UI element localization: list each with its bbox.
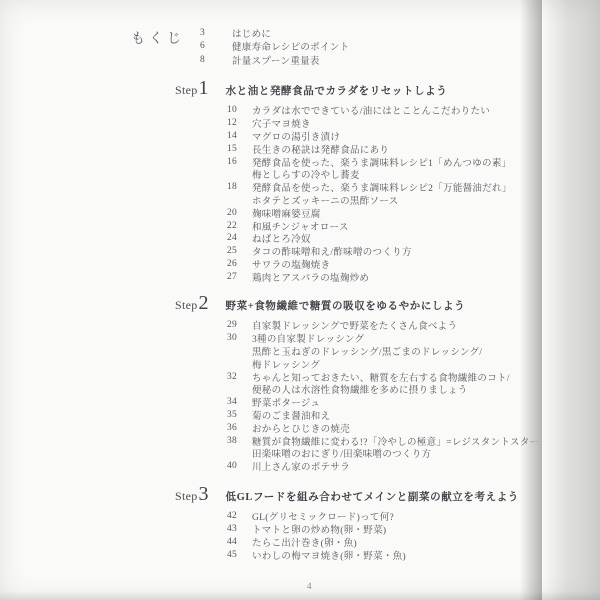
toc-entry: 12穴子マヨ焼き [227, 117, 550, 130]
step-label: Step [175, 489, 198, 504]
toc-entry: 25タコの酢味噌和え/酢味噌のつくり方 [227, 245, 550, 258]
toc-entry-page-number: 15 [227, 144, 252, 154]
toc-entry: 8計量スプーン重量表 [200, 53, 349, 67]
toc-entry-page-number: 26 [227, 259, 252, 269]
toc-entry-page-number: 16 [227, 157, 252, 167]
toc-entry-page-number: 32 [227, 372, 252, 382]
toc-entry: 43トマトと卵の炒め物(卵・野菜) [227, 523, 550, 536]
toc-entry-continuation: ホタテとズッキーニの黒酢ソース [227, 194, 550, 207]
section-header: Step 3 低GLフードを組み合わせてメインと副菜の献立を考えよう [175, 484, 550, 504]
page-number: 4 [307, 581, 312, 591]
toc-entry: 22和風チンジャオロース [227, 219, 550, 232]
section-entries: 29自家製ドレッシングで野菜をたくさん食べよう303種の自家製ドレッシング黒酢と… [227, 319, 550, 473]
toc-entry-continuation: 梅ドレッシング [227, 357, 550, 370]
toc-entry: 18発酵食品を使った、楽うま調味料レシピ2「万能醤油だれ」 [227, 181, 550, 194]
toc-entry-title: いわしの梅マヨ焼き(卵・野菜・魚) [252, 548, 406, 562]
toc-entry-title: 川上さん家のポテサラ [252, 459, 350, 473]
toc-entry-title: 計量スプーン重量表 [232, 53, 320, 67]
section-header: Step 1 水と油と発酵食品でカラダをリセットしよう [175, 78, 550, 98]
toc-entry: 24ねばとろ冷奴 [227, 232, 550, 245]
toc-entry-page-number: 34 [227, 397, 252, 407]
toc-entry-page-number: 29 [227, 320, 252, 330]
step-number: 1 [199, 78, 209, 98]
front-matter: 3はじめに6健康寿命レシピのポイント8計量スプーン重量表 [200, 26, 349, 67]
section-heading: 水と油と発酵食品でカラダをリセットしよう [226, 83, 448, 98]
toc-entry: 14マグロの湯引き漬け [227, 130, 550, 143]
step-label: Step [175, 298, 198, 313]
toc-entry-title: はじめに [232, 26, 271, 40]
toc-entry-page-number: 42 [227, 511, 252, 521]
section-heading: 野菜+食物繊維で糖質の吸収をゆるやかにしよう [226, 298, 466, 313]
toc-entry-page-number: 45 [227, 550, 252, 560]
toc-entry: 36おからとひじきの焼売 [227, 421, 550, 434]
toc-entry-page-number: 6 [200, 41, 232, 51]
toc-entry: 20麹味噌麻婆豆腐 [227, 206, 550, 219]
toc-entry-page-number: 24 [227, 233, 252, 243]
toc-entry: 38糖質が食物繊維に変わる!?「冷やしの極意」=レジスタントスターチ [227, 434, 550, 447]
toc-entry-page-number: 3 [200, 28, 232, 38]
section-entries: 10カラダは水でできている/油にはとことんこだわりたい12穴子マヨ焼き14マグロ… [227, 104, 550, 283]
toc-entry-page-number: 25 [227, 246, 252, 256]
toc-entry-page-number: 18 [227, 182, 252, 192]
toc-entry-page-number: 43 [227, 524, 252, 534]
toc-entry-continuation: 便秘の人は水溶性食物繊維を多めに摂りましょう [227, 383, 550, 396]
toc-entry: 303種の自家製ドレッシング [227, 332, 550, 345]
toc-entry-page-number: 10 [227, 105, 252, 115]
toc-entry: 29自家製ドレッシングで野菜をたくさん食べよう [227, 319, 550, 332]
toc-entry: 44たらこ出汁巻き(卵・魚) [227, 536, 550, 549]
toc-entry: 15長生きの秘訣は発酵食品にあり [227, 142, 550, 155]
toc-entry: 10カラダは水でできている/油にはとことんこだわりたい [227, 104, 550, 117]
toc-entry: 26サワラの塩麹焼き [227, 258, 550, 271]
toc-section-step-1: Step 1 水と油と発酵食品でカラダをリセットしよう 10カラダは水でできてい… [175, 78, 550, 283]
toc-page: もくじ 3はじめに6健康寿命レシピのポイント8計量スプーン重量表 Step 1 … [0, 0, 600, 600]
toc-entry: 3はじめに [200, 26, 349, 40]
step-number: 2 [199, 293, 209, 313]
toc-entry: 34野菜ポタージュ [227, 396, 550, 409]
section-entries: 42GL(グリセミックロード)って何?43トマトと卵の炒め物(卵・野菜)44たら… [227, 510, 550, 561]
toc-entry-page-number: 14 [227, 131, 252, 141]
toc-entry-page-number: 27 [227, 272, 252, 282]
step-number: 3 [199, 484, 209, 504]
toc-title: もくじ [131, 28, 185, 48]
toc-entry: 40川上さん家のポテサラ [227, 460, 550, 473]
toc-entry: 45いわしの梅マヨ焼き(卵・野菜・魚) [227, 548, 550, 561]
toc-entry-page-number: 8 [200, 55, 232, 65]
toc-entry-title: 鶏肉とアスパラの塩麹炒め [252, 270, 369, 284]
toc-entry-page-number: 12 [227, 118, 252, 128]
toc-entry: 32ちゃんと知っておきたい、糖質を左右する食物繊維のコト/ [227, 370, 550, 383]
toc-entry-title: 健康寿命レシピのポイント [232, 39, 349, 53]
toc-entry: 42GL(グリセミックロード)って何? [227, 510, 550, 523]
toc-entry-continuation: 黒酢と玉ねぎのドレッシング/黒ごまのドレッシング/ [227, 345, 550, 358]
section-header: Step 2 野菜+食物繊維で糖質の吸収をゆるやかにしよう [175, 293, 550, 313]
toc-section-step-2: Step 2 野菜+食物繊維で糖質の吸収をゆるやかにしよう 29自家製ドレッシン… [175, 293, 550, 473]
toc-entry-page-number: 38 [227, 436, 252, 446]
section-heading: 低GLフードを組み合わせてメインと副菜の献立を考えよう [226, 489, 519, 504]
toc-entry-page-number: 35 [227, 410, 252, 420]
toc-entry-page-number: 36 [227, 423, 252, 433]
book-page-photo: もくじ 3はじめに6健康寿命レシピのポイント8計量スプーン重量表 Step 1 … [0, 0, 600, 600]
toc-entry-page-number: 20 [227, 208, 252, 218]
toc-entry-page-number: 40 [227, 461, 252, 471]
toc-entry: 16発酵食品を使った、楽うま調味料レシピ1「めんつゆの素」 [227, 155, 550, 168]
toc-entry: 6健康寿命レシピのポイント [200, 40, 349, 54]
toc-entry-continuation: 田楽味噌のおにぎり/田楽味噌のつくり方 [227, 447, 550, 460]
toc-entry: 27鶏肉とアスパラの塩麹炒め [227, 270, 550, 283]
toc-section-step-3: Step 3 低GLフードを組み合わせてメインと副菜の献立を考えよう 42GL(… [175, 484, 550, 561]
toc-entry-continuation: 梅としらすの冷やし蕎麦 [227, 168, 550, 181]
toc-entry: 35菊のごま醤油和え [227, 409, 550, 422]
toc-entry-page-number: 44 [227, 537, 252, 547]
toc-entry-page-number: 22 [227, 221, 252, 231]
bottom-shadow [0, 591, 600, 600]
book-edge-background [542, 0, 600, 600]
toc-entry-page-number: 30 [227, 333, 252, 343]
step-label: Step [175, 83, 198, 98]
